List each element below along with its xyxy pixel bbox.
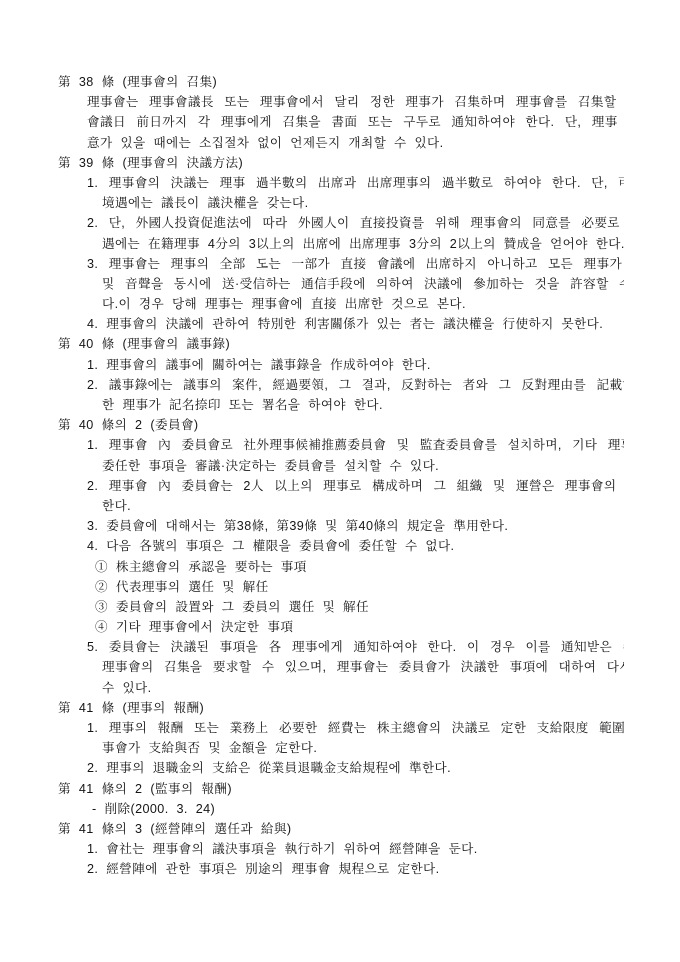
- text-line: - 削除(2000. 3. 24): [92, 799, 624, 819]
- text-line: 意가 있을 때에는 소집절차 없이 언제든지 개최할 수 있다.: [87, 133, 624, 153]
- text-line: 2. 理事會 內 委員會는 2人 以上의 理事로 構成하며 그 組織 및 運營은…: [87, 476, 624, 496]
- text-line: 4. 理事會의 決議에 관하여 特別한 利害關係가 있는 者는 議決權을 行使하…: [87, 314, 624, 334]
- text-line: 3. 委員會에 대해서는 第38條, 第39條 및 第40條의 規定을 準用한다…: [87, 516, 624, 536]
- text-line: 한다.: [102, 496, 624, 516]
- text-line: 遇에는 在籍理事 4分의 3以上의 出席에 出席理事 3分의 2以上의 贊成을 …: [102, 234, 624, 254]
- text-line: 2. 議事錄에는 議事의 案件, 經過要領, 그 결과, 反對하는 者와 그 反…: [87, 375, 624, 395]
- text-line: ② 代表理事의 選任 및 解任: [95, 577, 624, 597]
- article-heading-line: 第 41 條의 2 (監事의 報酬): [58, 779, 624, 799]
- article-heading-line: 第 41 條의 3 (經營陣의 選任과 給與): [58, 819, 624, 839]
- article-heading-line: 第 40 條 (理事會의 議事錄): [58, 334, 624, 354]
- text-line: 理事會의 召集을 要求할 수 있으며, 理事會는 委員會가 決議한 事項에 대하…: [102, 657, 624, 677]
- text-line: 事會가 支給與否 및 金額을 定한다.: [102, 738, 624, 758]
- text-line: 1. 理事會의 決議는 理事 過半數의 出席과 出席理事의 過半數로 하여야 한…: [87, 173, 624, 193]
- document-page: 第 38 條 (理事會의 召集)理事會는 理事會議長 또는 理事會에서 달리 정…: [0, 0, 680, 962]
- article-heading-line: 第 38 條 (理事會의 召集): [58, 72, 624, 92]
- text-line: 委任한 事項을 審議·決定하는 委員會를 설치할 수 있다.: [102, 456, 624, 476]
- text-line: 수 있다.: [102, 678, 624, 698]
- text-line: 理事會는 理事會議長 또는 理事會에서 달리 정한 理事가 召集하며 理事會를 …: [87, 92, 624, 112]
- text-line: 1. 理事會 內 委員會로 社外理事候補推薦委員會 및 監査委員會를 설치하며,…: [87, 435, 624, 455]
- text-line: 3. 理事會는 理事의 全部 도는 一部가 直接 會議에 出席하지 아니하고 모…: [87, 254, 624, 274]
- text-line: ① 株主總會의 承認을 要하는 事項: [95, 557, 624, 577]
- text-line: 다.이 경우 당해 理事는 理事會에 直接 出席한 것으로 본다.: [102, 294, 624, 314]
- text-line: 會議日 前日까지 각 理事에게 召集을 書面 또는 구두로 通知하여야 한다. …: [87, 112, 624, 132]
- text-line: 1. 理事會의 議事에 關하여는 議事錄을 作成하여야 한다.: [87, 355, 624, 375]
- article-heading-line: 第 39 條 (理事會의 決議方法): [58, 153, 624, 173]
- text-line: 및 音聲을 동시에 送·受信하는 通信手段에 의하여 決議에 參加하는 것을 許…: [102, 274, 624, 294]
- text-line: 4. 다음 各號의 事項은 그 權限을 委員會에 委任할 수 없다.: [87, 536, 624, 556]
- text-line: 2. 經營陣에 관한 事項은 別途의 理事會 規程으로 定한다.: [87, 859, 624, 879]
- text-line: 1. 會社는 理事會의 議決事項을 執行하기 위하여 經營陣을 둔다.: [87, 839, 624, 859]
- article-heading-line: 第 40 條의 2 (委員會): [58, 415, 624, 435]
- text-line: ③ 委員會의 設置와 그 委員의 選任 및 解任: [95, 597, 624, 617]
- text-line: 境遇에는 議長이 議決權을 갖는다.: [102, 193, 624, 213]
- text-line: 1. 理事의 報酬 또는 業務上 必要한 經費는 株主總會의 決議로 定한 支給…: [87, 718, 624, 738]
- text-line: 2. 단, 外國人投資促進法에 따라 外國人이 直接投資를 위해 理事會의 同意…: [87, 213, 624, 233]
- text-line: 2. 理事의 退職金의 支給은 從業員退職金支給規程에 準한다.: [87, 758, 624, 778]
- article-heading-line: 第 41 條 (理事의 報酬): [58, 698, 624, 718]
- text-line: 5. 委員會는 決議된 事項을 各 理事에게 通知하여야 한다. 이 경우 이를…: [87, 637, 624, 657]
- document-body: 第 38 條 (理事會의 召集)理事會는 理事會議長 또는 理事會에서 달리 정…: [58, 72, 624, 880]
- text-line: 한 理事가 記名捺印 또는 署名을 하여야 한다.: [102, 395, 624, 415]
- text-line: ④ 기타 理事會에서 決定한 事項: [95, 617, 624, 637]
